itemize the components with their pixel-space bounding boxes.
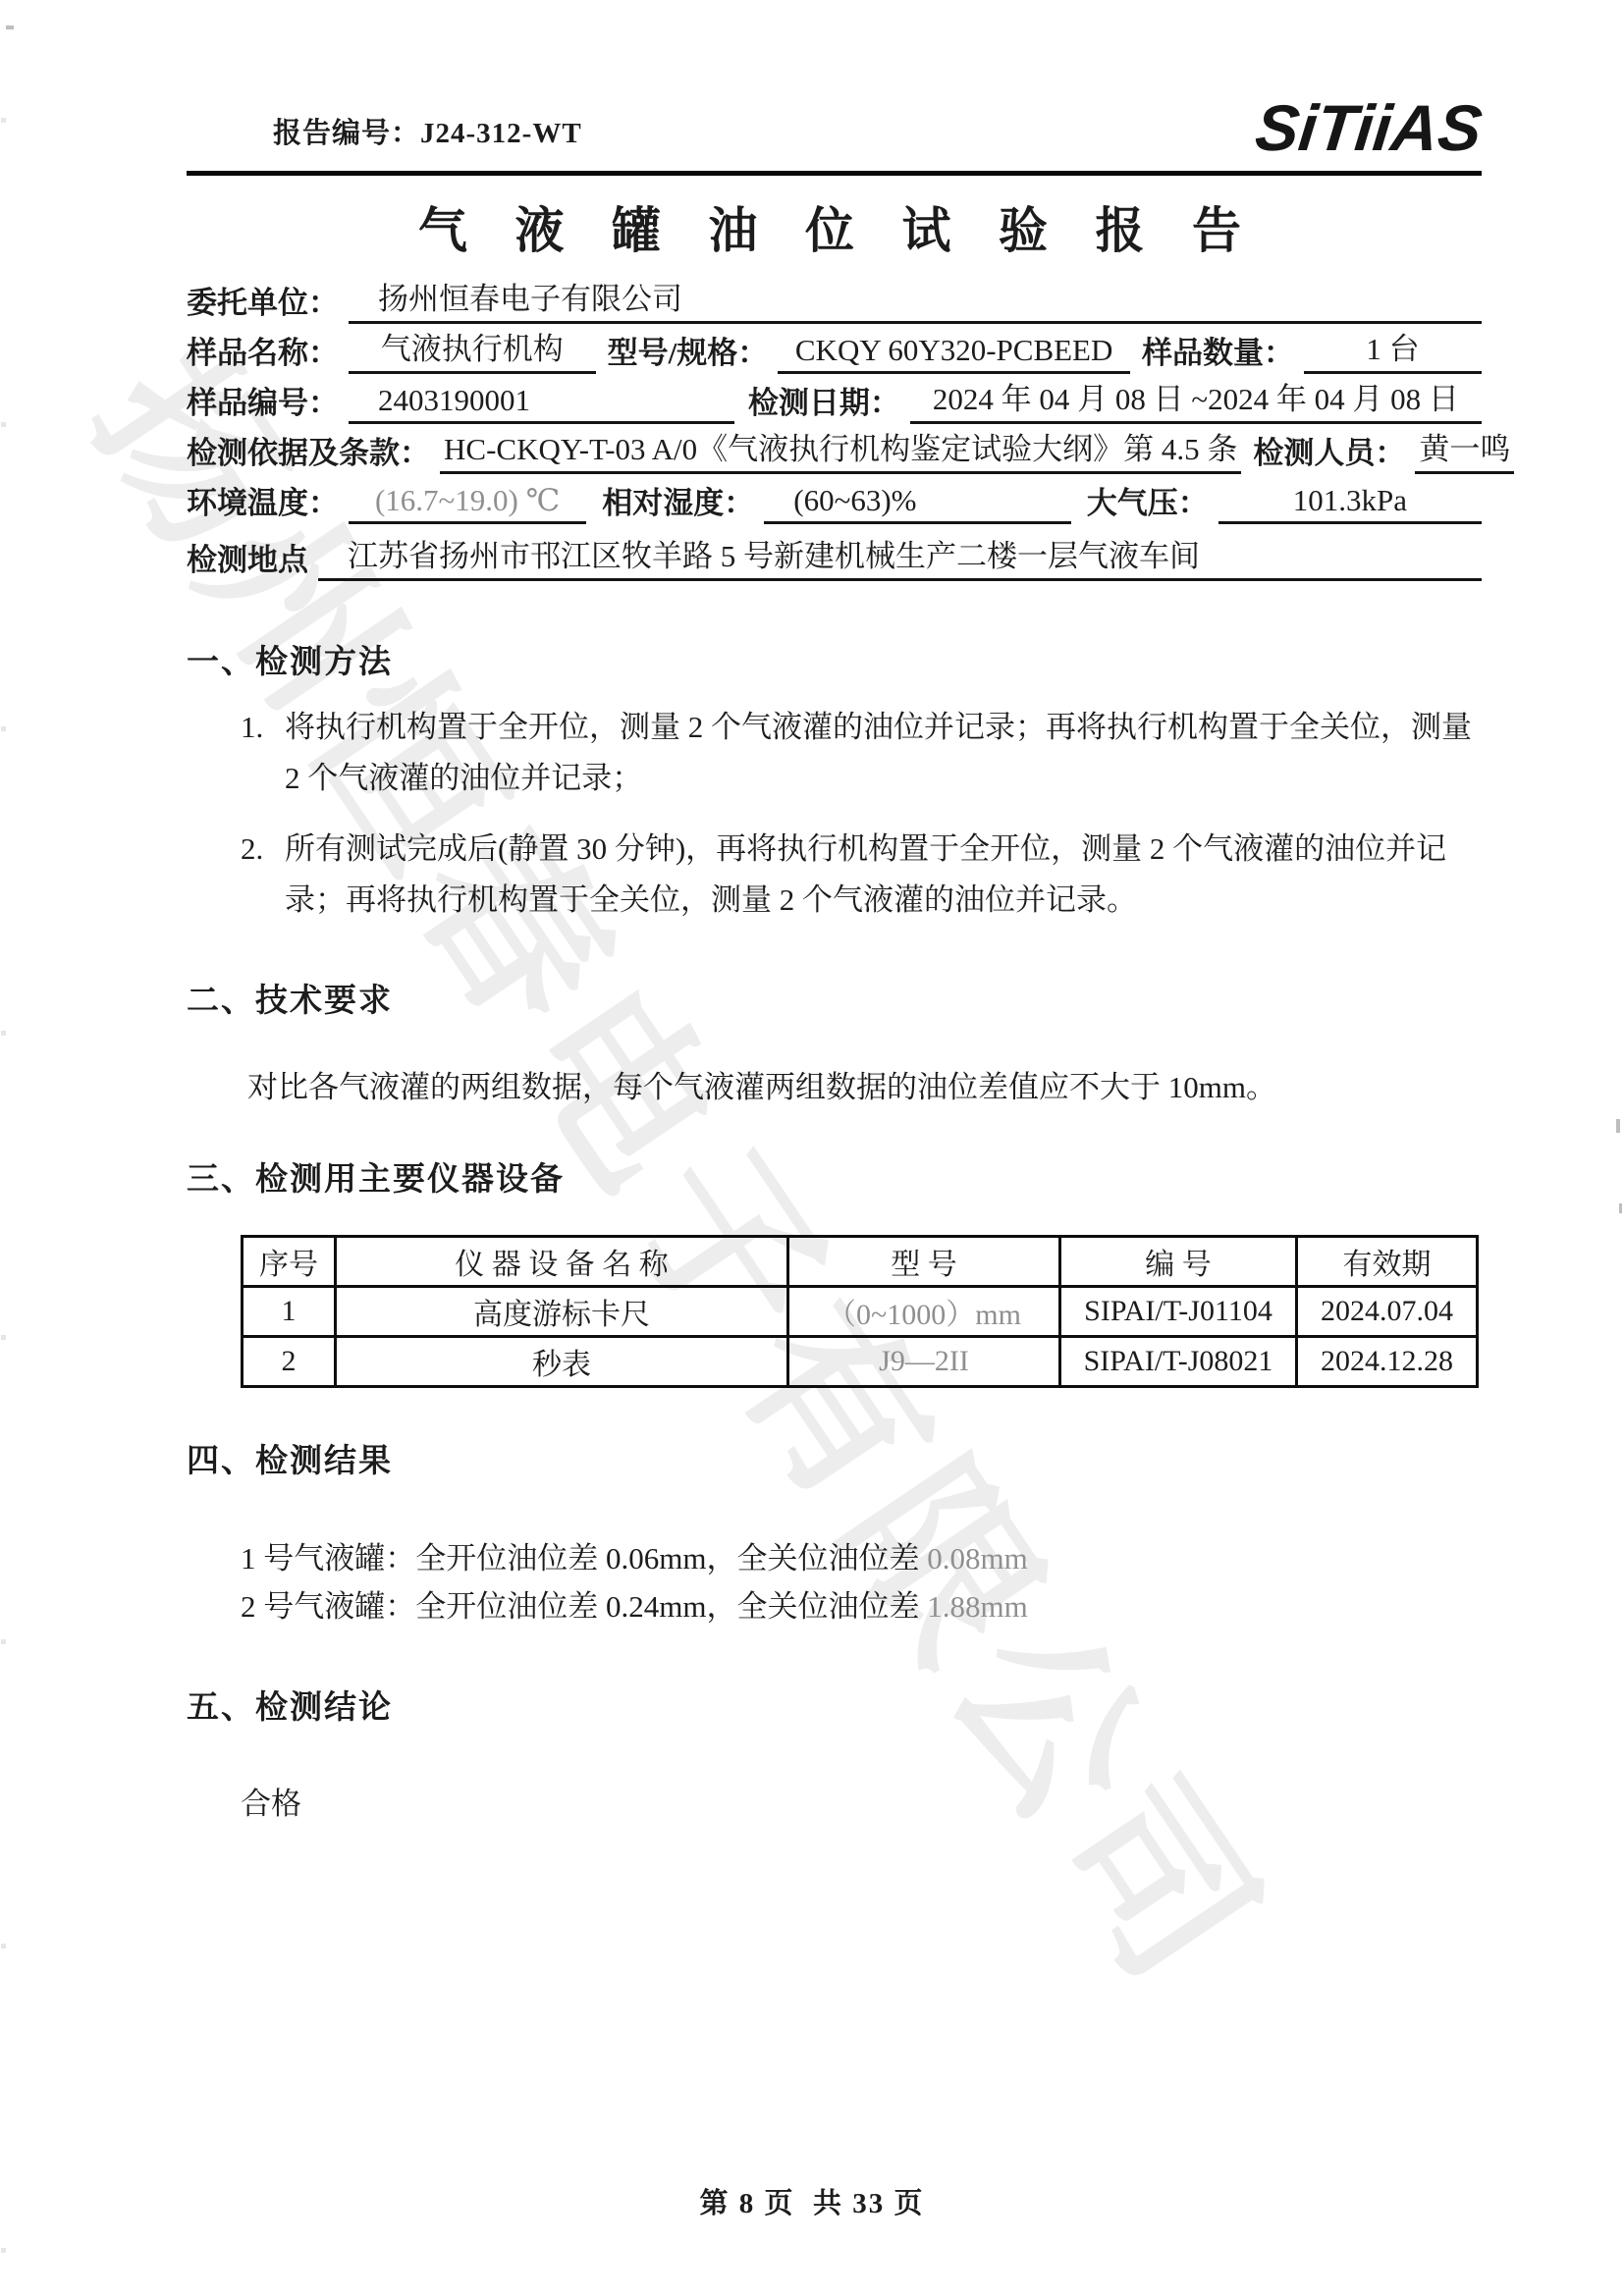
equipment-table-header-row: 序号 仪 器 设 备 名 称 型 号 编 号 有效期 <box>243 1237 1478 1287</box>
report-header: 报告编号：J24-312-WT SiTiiAS <box>187 90 1482 176</box>
basis-label: 检测依据及条款： <box>187 428 440 474</box>
form-row-location: 检测地点 江苏省扬州市邗江区牧羊路 5 号新建机械生产二楼一层气液车间 <box>187 524 1482 581</box>
section-requirement-heading: 二、技术要求 <box>187 975 1482 1021</box>
result-text: 1 号气液罐：全开位油位差 0.06mm，全关位油位差 <box>241 1541 927 1575</box>
col-header-serial: 编 号 <box>1060 1237 1297 1287</box>
form-row-environment: 环境温度： (16.7~19.0) ℃ 相对湿度： (60~63)% 大气压： … <box>187 474 1482 524</box>
test-date-value: 2024 年 04 月 08 日 ~2024 年 04 月 08 日 <box>910 374 1482 424</box>
form-row-sample-no: 样品编号： 2403190001 检测日期： 2024 年 04 月 08 日 … <box>187 374 1482 424</box>
form-row-sample: 样品名称： 气液执行机构 型号/规格： CKQY 60Y320-PCBEED 样… <box>187 324 1482 374</box>
cell-serial: SIPAI/T-J01104 <box>1060 1287 1297 1337</box>
cell-validity: 2024.12.28 <box>1297 1337 1478 1387</box>
conclusion-text: 合格 <box>187 1779 1482 1823</box>
result-text: 2 号气液罐：全开位油位差 0.24mm，全关位油位差 <box>241 1589 927 1624</box>
result-faded-value: 1.88mm <box>927 1589 1027 1624</box>
equipment-table: 序号 仪 器 设 备 名 称 型 号 编 号 有效期 1 高度游标卡尺 （0~1… <box>241 1235 1479 1388</box>
temperature-value: (16.7~19.0) ℃ <box>349 483 586 524</box>
table-row: 2 秒表 J9—2II SIPAI/T-J08021 2024.12.28 <box>243 1337 1478 1387</box>
col-header-index: 序号 <box>243 1237 336 1287</box>
sitiias-logo: SiTiiAS <box>1252 90 1486 167</box>
method-item-number: 1. <box>241 702 263 753</box>
client-label: 委托单位： <box>187 278 349 324</box>
report-page: 扬州恒春电子有限公司 报告编号：J24-312-WT SiTiiAS 气 液 罐… <box>0 0 1624 2296</box>
page-footer: 第 8 页 共 33 页 <box>0 2181 1624 2221</box>
model-value: CKQY 60Y320-PCBEED <box>778 333 1130 374</box>
location-value: 江苏省扬州市邗江区牧羊路 5 号新建机械生产二楼一层气液车间 <box>318 531 1482 581</box>
scan-speck <box>6 26 14 29</box>
pressure-value: 101.3kPa <box>1218 483 1482 524</box>
cell-serial: SIPAI/T-J08021 <box>1060 1337 1297 1387</box>
cell-validity: 2024.07.04 <box>1297 1287 1478 1337</box>
pressure-label: 大气压： <box>1071 478 1218 524</box>
result-faded-value: 0.08mm <box>927 1541 1027 1575</box>
sample-name-label: 样品名称： <box>187 328 349 374</box>
inspector-value: 黄一鸣 <box>1415 424 1514 474</box>
col-header-validity: 有效期 <box>1297 1237 1478 1287</box>
form-row-basis: 检测依据及条款： HC-CKQY-T-03 A/0《气液执行机构鉴定试验大纲》第… <box>187 424 1482 474</box>
scan-speck <box>1616 1119 1620 1133</box>
report-title: 气 液 罐 油 位 试 验 报 告 <box>187 191 1482 262</box>
cell-index: 1 <box>243 1287 336 1337</box>
sample-no-value: 2403190001 <box>349 383 734 424</box>
report-number: 报告编号：J24-312-WT <box>187 111 582 167</box>
quantity-value: 1 台 <box>1304 324 1482 374</box>
test-date-label: 检测日期： <box>734 378 910 424</box>
section-equipment-heading: 三、检测用主要仪器设备 <box>187 1153 1482 1200</box>
cell-index: 2 <box>243 1337 336 1387</box>
quantity-label: 样品数量： <box>1130 328 1304 374</box>
result-line: 1 号气液罐：全开位油位差 0.06mm，全关位油位差 0.08mm <box>187 1534 1482 1582</box>
section-conclusion-heading: 五、检测结论 <box>187 1682 1482 1728</box>
humidity-label: 相对湿度： <box>586 478 764 524</box>
table-row: 1 高度游标卡尺 （0~1000）mm SIPAI/T-J01104 2024.… <box>243 1287 1478 1337</box>
cell-model: （0~1000）mm <box>788 1287 1060 1337</box>
cell-name: 高度游标卡尺 <box>336 1287 788 1337</box>
sample-no-label: 样品编号： <box>187 378 349 424</box>
report-content: 报告编号：J24-312-WT SiTiiAS 气 液 罐 油 位 试 验 报 … <box>0 0 1624 1823</box>
method-item: 2. 所有测试完成后(静置 30 分钟)，再将执行机构置于全开位，测量 2 个气… <box>187 824 1482 926</box>
client-value: 扬州恒春电子有限公司 <box>349 274 1482 324</box>
cell-model: J9—2II <box>788 1337 1060 1387</box>
basis-value: HC-CKQY-T-03 A/0《气液执行机构鉴定试验大纲》第 4.5 条 <box>440 424 1241 474</box>
form-row-client: 委托单位： 扬州恒春电子有限公司 <box>187 274 1482 324</box>
report-number-value: J24-312-WT <box>420 118 582 149</box>
method-item-number: 2. <box>241 824 263 875</box>
temperature-label: 环境温度： <box>187 478 349 524</box>
col-header-model: 型 号 <box>788 1237 1060 1287</box>
scan-noise-left-edge <box>1 0 6 2296</box>
report-number-label: 报告编号： <box>273 118 420 149</box>
inspector-label: 检测人员： <box>1241 428 1415 474</box>
cell-name: 秒表 <box>336 1337 788 1387</box>
method-item-text: 所有测试完成后(静置 30 分钟)，再将执行机构置于全开位，测量 2 个气液灌的… <box>285 831 1446 917</box>
requirement-text: 对比各气液灌的两组数据，每个气液灌两组数据的油位差值应不大于 10mm。 <box>187 1062 1482 1106</box>
section-results-heading: 四、检测结果 <box>187 1435 1482 1481</box>
method-item-text: 将执行机构置于全开位，测量 2 个气液灌的油位并记录；再将执行机构置于全关位，测… <box>285 710 1472 795</box>
section-method-heading: 一、检测方法 <box>187 636 1482 682</box>
location-label: 检测地点 <box>187 535 318 581</box>
method-item: 1. 将执行机构置于全开位，测量 2 个气液灌的油位并记录；再将执行机构置于全关… <box>187 702 1482 804</box>
result-line: 2 号气液罐：全开位油位差 0.24mm，全关位油位差 1.88mm <box>187 1582 1482 1630</box>
scan-speck <box>1619 1203 1622 1213</box>
model-label: 型号/规格： <box>596 328 779 374</box>
humidity-value: (60~63)% <box>764 483 1070 524</box>
col-header-name: 仪 器 设 备 名 称 <box>336 1237 788 1287</box>
sample-name-value: 气液执行机构 <box>349 324 596 374</box>
report-info-form: 委托单位： 扬州恒春电子有限公司 样品名称： 气液执行机构 型号/规格： CKQ… <box>187 274 1482 581</box>
